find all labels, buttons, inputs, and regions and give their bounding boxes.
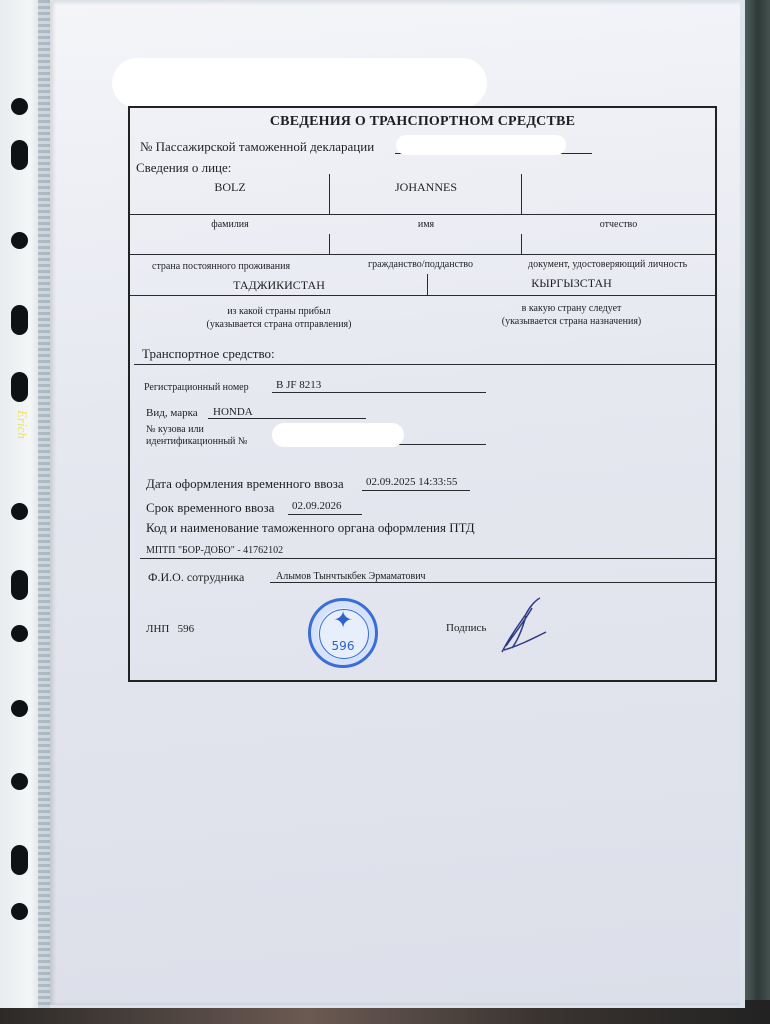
- country-to-value: КЫРГЫЗСТАН: [428, 276, 715, 291]
- customs-body-value: МПТП "БОР-ДОБО" - 41762102: [146, 545, 283, 556]
- punch-hole: [11, 140, 28, 170]
- punch-hole: [11, 98, 28, 115]
- import-date-value: 02.09.2025 14:33:55: [366, 476, 457, 488]
- term-line: [288, 514, 362, 515]
- divider: [521, 234, 522, 254]
- form-title: СВЕДЕНИЯ О ТРАНСПОРТНОМ СРЕДСТВЕ: [130, 114, 715, 130]
- punch-hole: [11, 503, 28, 520]
- redaction-declaration-number: [396, 135, 566, 155]
- registration-label: Регистрационный номер: [144, 382, 249, 393]
- from-country-label-line2: (указывается страна отправления): [130, 318, 428, 331]
- signature-mark: [496, 596, 552, 656]
- punch-hole: [11, 773, 28, 790]
- residence-label: страна постоянного проживания: [152, 261, 290, 272]
- term-value: 02.09.2026: [292, 500, 342, 512]
- compass-star-icon: ✦: [311, 609, 375, 633]
- officer-label: Ф.И.О. сотрудника: [148, 570, 244, 585]
- import-date-line: [362, 490, 470, 491]
- divider: [130, 295, 715, 296]
- lnp-label-text: ЛНП: [146, 623, 169, 635]
- punch-hole: [11, 845, 28, 875]
- declaration-number-label: № Пассажирской таможенной декларации: [140, 139, 374, 155]
- signature-label: Подпись: [446, 622, 486, 634]
- registration-value: B JF 8213: [276, 379, 321, 391]
- vin-label: № кузова или идентификационный №: [146, 424, 247, 448]
- term-label: Срок временного ввоза: [146, 500, 274, 516]
- redaction-vin: [272, 423, 404, 447]
- country-from-value: ТАДЖИКИСТАН: [130, 278, 428, 293]
- customs-stamp: ✦ 596: [308, 598, 378, 668]
- surname-label: фамилия: [130, 219, 330, 230]
- stamp-number: 596: [311, 639, 375, 653]
- to-country-label-line1: в какую страну следует: [428, 302, 715, 315]
- given-name-value: JOHANNES: [330, 180, 522, 195]
- person-section-label: Сведения о лице:: [136, 160, 231, 176]
- from-country-label-line1: из какой страны прибыл: [130, 305, 428, 318]
- officer-line: [270, 582, 715, 583]
- punch-hole: [11, 625, 28, 642]
- citizenship-label: гражданство/подданство: [368, 259, 473, 270]
- punch-hole: [11, 232, 28, 249]
- lnp-label: ЛНП 596: [146, 623, 194, 635]
- given-name-label: имя: [330, 219, 522, 230]
- divider: [134, 364, 715, 365]
- divider: [140, 558, 715, 559]
- vin-label-line2: идентификационный №: [146, 436, 247, 448]
- from-country-label: из какой страны прибыл (указывается стра…: [130, 305, 428, 331]
- binder-strip-edge: [38, 0, 50, 1008]
- officer-value: Алымов Тынчтыкбек Эрмаматович: [276, 571, 426, 582]
- surname-value: BOLZ: [130, 180, 330, 195]
- sleeve-brand-mark: Erich: [10, 410, 30, 480]
- make-label: Вид, марка: [146, 407, 198, 419]
- punch-hole: [11, 570, 28, 600]
- divider: [130, 214, 715, 215]
- divider: [521, 174, 522, 214]
- to-country-label-line2: (указывается страна назначения): [428, 315, 715, 328]
- redaction-header: [112, 58, 487, 108]
- registration-line: [272, 392, 486, 393]
- divider: [130, 254, 715, 255]
- to-country-label: в какую страну следует (указывается стра…: [428, 302, 715, 328]
- vin-label-line1: № кузова или: [146, 424, 247, 436]
- divider: [329, 234, 330, 254]
- punch-hole: [11, 372, 28, 402]
- divider: [427, 274, 428, 296]
- customs-body-label: Код и наименование таможенного органа оф…: [146, 520, 475, 536]
- vehicle-section-label: Транспортное средство:: [142, 346, 275, 362]
- punch-hole: [11, 700, 28, 717]
- vehicle-info-form: СВЕДЕНИЯ О ТРАНСПОРТНОМ СРЕДСТВЕ № Пасса…: [128, 106, 717, 682]
- punch-hole: [11, 305, 28, 335]
- punch-hole: [11, 903, 28, 920]
- id-document-label: документ, удостоверяющий личность: [528, 259, 687, 270]
- lnp-value: 596: [178, 623, 195, 635]
- divider: [329, 174, 330, 214]
- patronymic-label: отчество: [522, 219, 715, 230]
- import-date-label: Дата оформления временного ввоза: [146, 476, 344, 492]
- make-value: HONDA: [213, 406, 253, 418]
- make-line: [208, 418, 366, 419]
